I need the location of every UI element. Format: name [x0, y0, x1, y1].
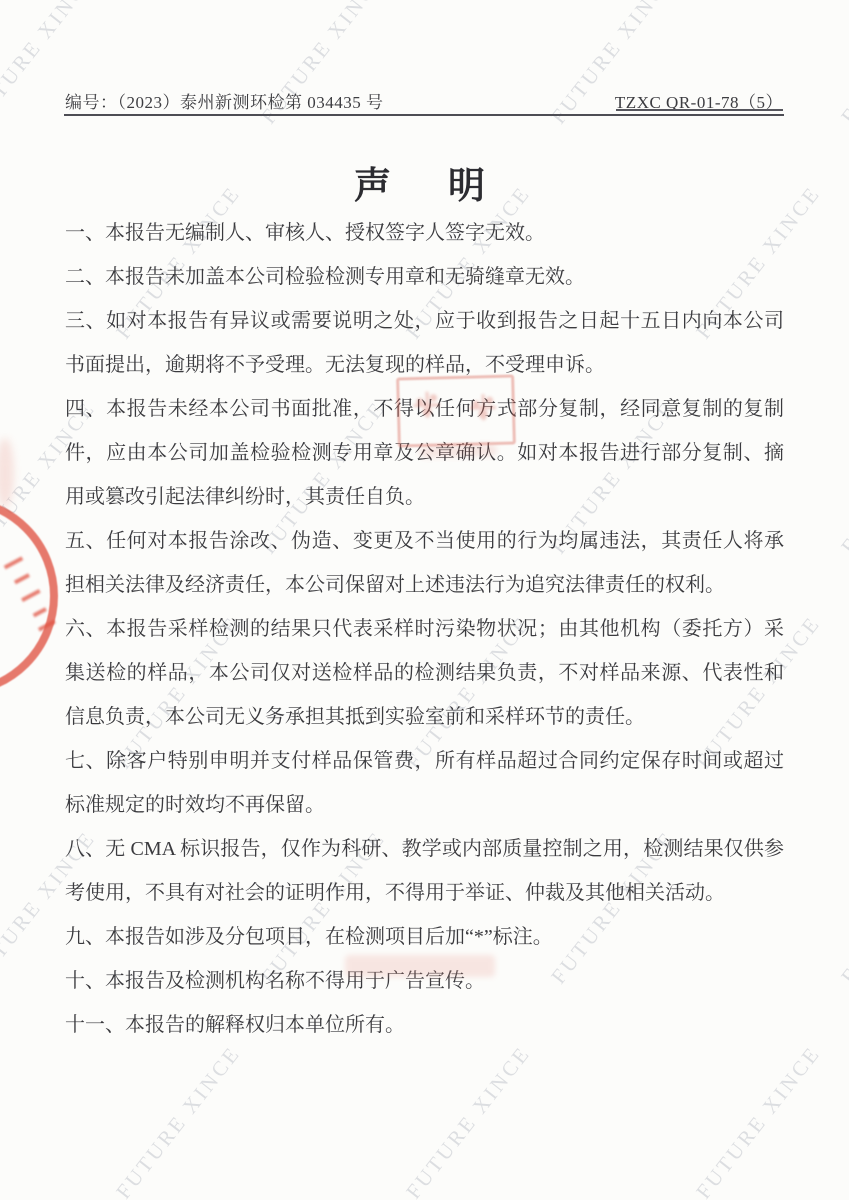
- declaration-page: FUTURE XINCEFUTURE XINCEFUTURE XINCEFUTU…: [0, 0, 849, 1200]
- header-rule: [64, 114, 784, 116]
- red-rect-seal: [396, 374, 516, 447]
- watermark-text: FUTURE XINCE: [836, 0, 849, 129]
- clause-list: 一、本报告无编制人、审核人、授权签字人签字无效。 二、本报告未加盖本公司检验检测…: [65, 211, 784, 1047]
- watermark-text: FUTURE XINCE: [111, 1041, 246, 1200]
- clause-1: 一、本报告无编制人、审核人、授权签字人签字无效。: [65, 211, 784, 255]
- seal-glyph-left: [409, 387, 444, 422]
- clause-5: 五、任何对本报告涂改、伪造、变更及不当使用的行为均属违法，其责任人将承担相关法律…: [65, 519, 784, 607]
- watermark-text: FUTURE XINCE: [836, 396, 849, 559]
- faint-red-stamp: [345, 955, 495, 977]
- clause-8: 八、无 CMA 标识报告，仅作为科研、教学或内部质量控制之用，检测结果仅供参考使…: [65, 827, 784, 915]
- clause-7: 七、除客户特别申明并支付样品保管费，所有样品超过合同约定保存时间或超过标准规定的…: [65, 739, 784, 827]
- report-number: 编号：（2023）泰州新测环检第 034435 号: [65, 88, 384, 113]
- watermark-text: FUTURE XINCE: [836, 826, 849, 989]
- clause-9: 九、本报告如涉及分包项目，在检测项目后加“*”标注。: [65, 915, 784, 959]
- clause-6: 六、本报告采样检测的结果只代表采样时污染物状况；由其他机构（委托方）采集送检的样…: [65, 607, 784, 739]
- watermark-text: FUTURE XINCE: [691, 1041, 826, 1200]
- seal-glyph-right: [465, 390, 500, 425]
- clause-3: 三、如对本报告有异议或需要说明之处，应于收到报告之日起十五日内向本公司书面提出，…: [65, 299, 784, 387]
- page-title: 声 明: [0, 155, 849, 209]
- faint-red-dots: [0, 438, 14, 508]
- watermark-text: FUTURE XINCE: [401, 1041, 536, 1200]
- clause-2: 二、本报告未加盖本公司检验检测专用章和无骑缝章无效。: [65, 255, 784, 299]
- form-code-underline: [616, 109, 783, 111]
- seal-smear: [419, 444, 497, 458]
- clause-11: 十一、本报告的解释权归本单位所有。: [65, 1003, 784, 1047]
